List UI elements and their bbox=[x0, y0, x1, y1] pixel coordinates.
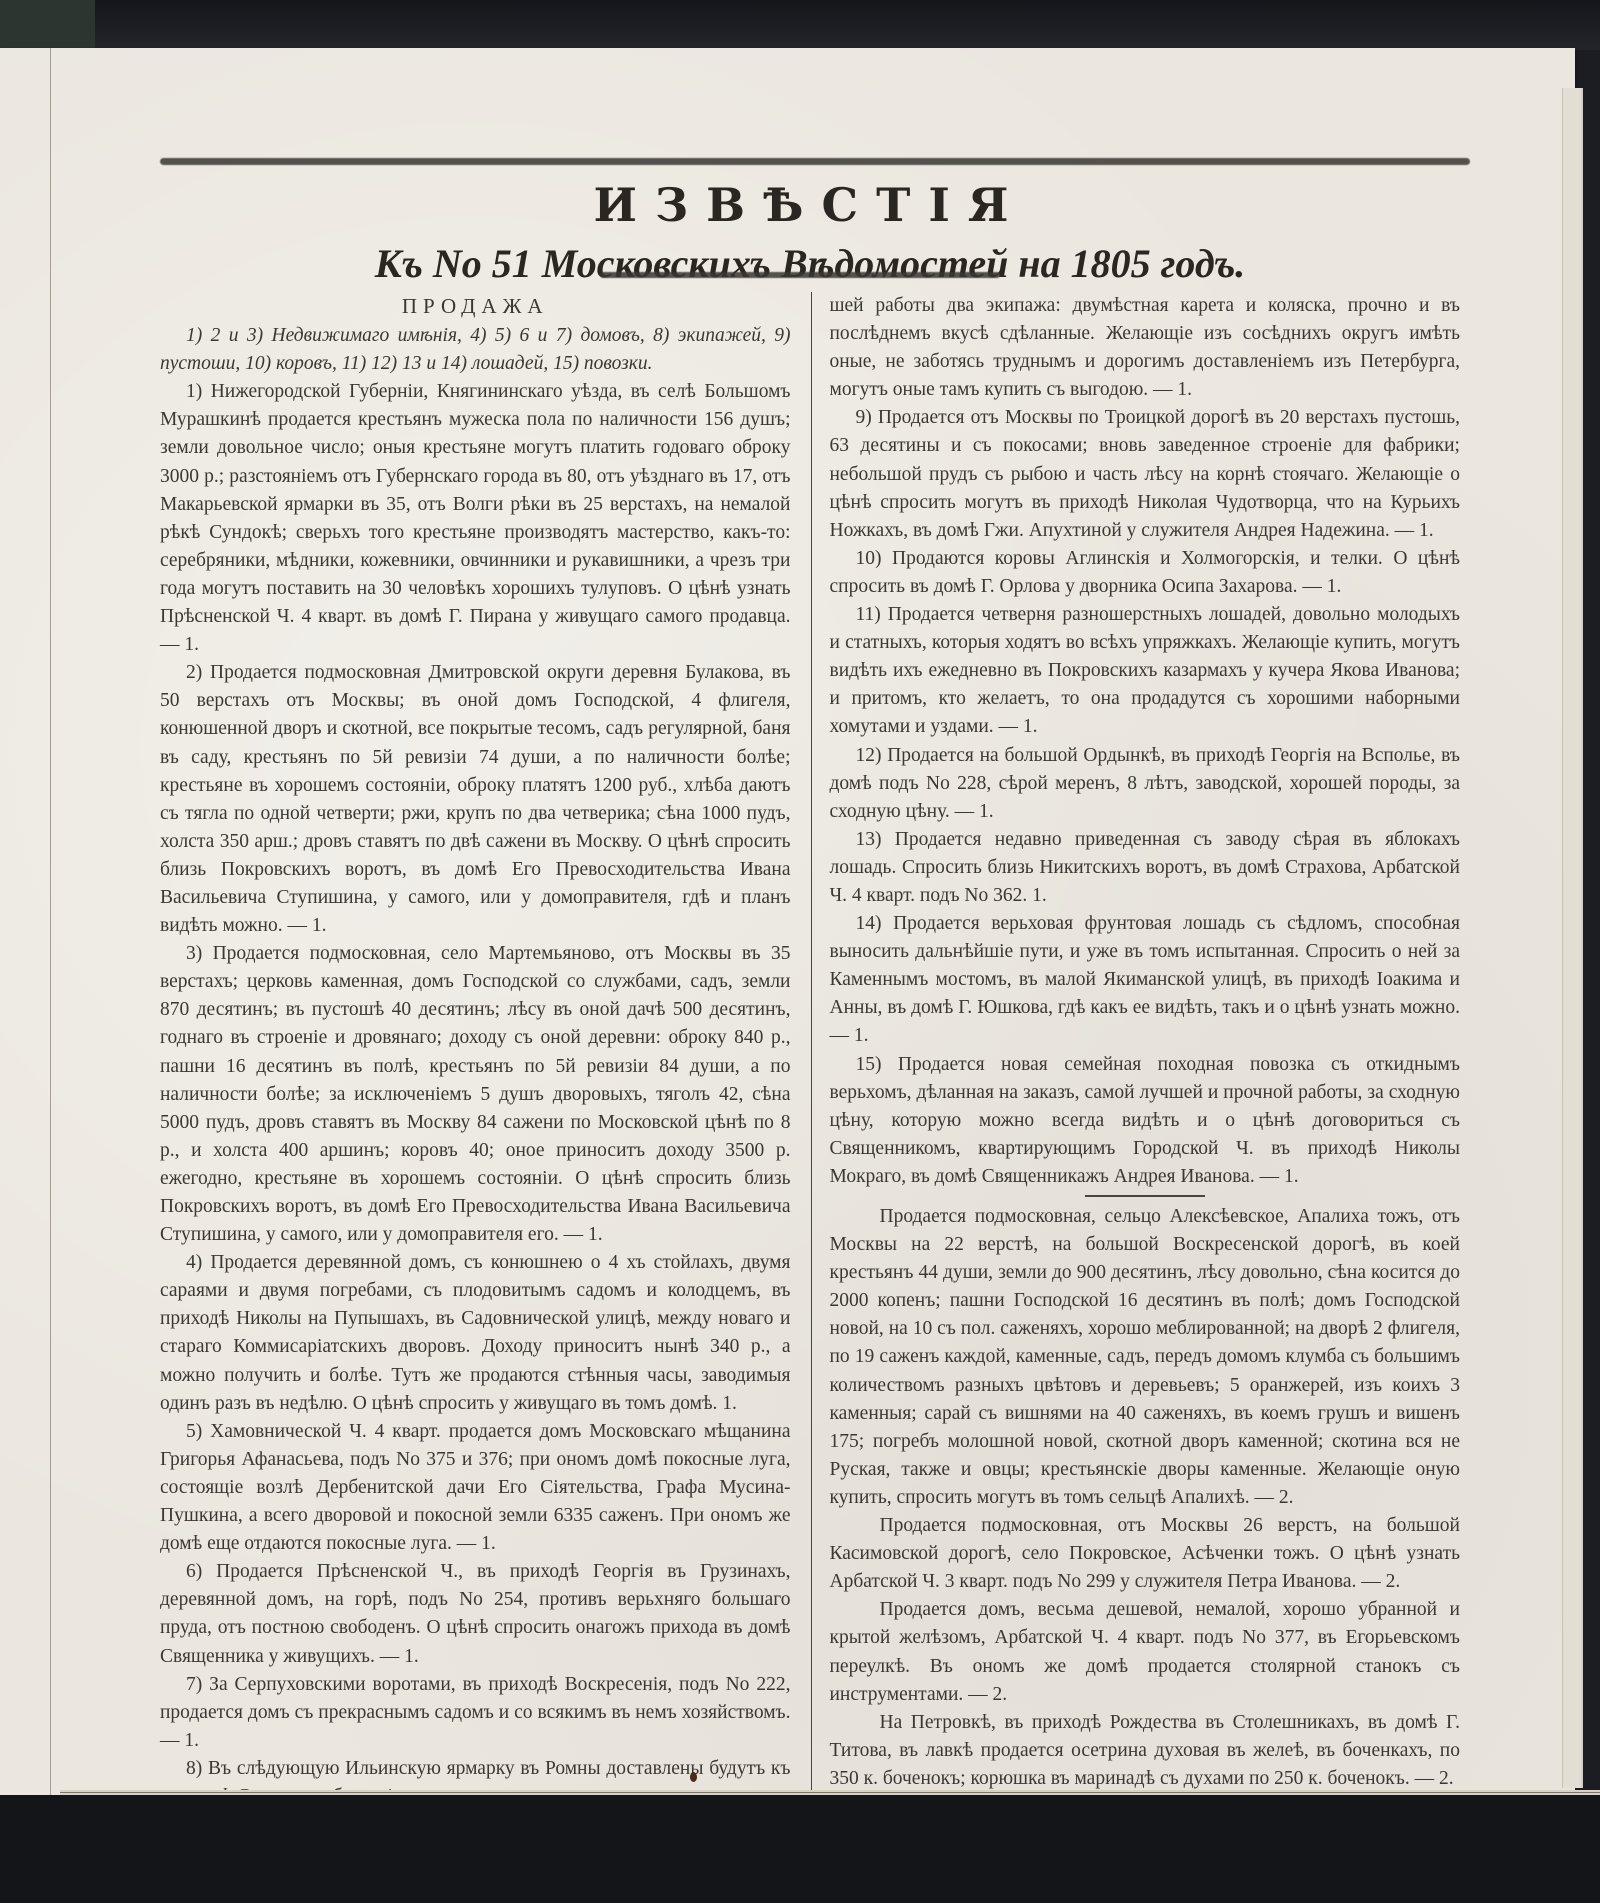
left-column: ПРОДАЖА 1) 2 и 3) Недвижимаго имѣнія, 4)… bbox=[160, 292, 805, 1821]
masthead: ИЗВѢСТІЯ Къ No 51 Московскихъ Вѣдомостей… bbox=[160, 178, 1460, 287]
advert-item: 4) Продается деревянной домъ, съ конюшне… bbox=[160, 1249, 791, 1418]
advert-item: Продается домъ, весьма дешевой, немалой,… bbox=[829, 1596, 1460, 1708]
page-stack-edges bbox=[1562, 88, 1583, 1788]
advert-item: 9) Продается отъ Москвы по Троицкой доро… bbox=[829, 404, 1460, 544]
scan-backdrop-top bbox=[0, 0, 1600, 50]
advert-item: Продается подмосковная, отъ Москвы 26 ве… bbox=[829, 1512, 1460, 1596]
advert-item: На Петровкѣ, въ приходѣ Рождества въ Сто… bbox=[829, 1709, 1460, 1793]
section-separator-rule bbox=[1085, 1195, 1205, 1197]
top-ornamental-rule bbox=[160, 158, 1470, 165]
page-title: ИЗВѢСТІЯ bbox=[160, 178, 1460, 232]
advert-item: 13) Продается недавно приведенная съ зав… bbox=[829, 826, 1460, 910]
advert-item: 11) Продается четверня разношерстныхъ ло… bbox=[829, 601, 1460, 741]
gutter-fold-line bbox=[50, 48, 51, 1796]
column-divider bbox=[811, 292, 812, 1792]
advert-item: 7) За Серпуховскими воротами, въ приходѣ… bbox=[160, 1671, 791, 1755]
ink-spot bbox=[690, 1772, 697, 1782]
advert-item: 6) Продается Прѣсненской Ч., въ приходѣ … bbox=[160, 1558, 791, 1670]
scan-backdrop-bottom bbox=[0, 1795, 1600, 1903]
bottom-ornamental-rule bbox=[600, 272, 1000, 278]
section-heading: ПРОДАЖА bbox=[160, 292, 791, 320]
advert-item: 12) Продается на большой Ордынкѣ, въ при… bbox=[829, 742, 1460, 826]
page-subtitle: Къ No 51 Московскихъ Вѣдомостей на 1805 … bbox=[160, 240, 1460, 287]
body-columns: ПРОДАЖА 1) 2 и 3) Недвижимаго имѣнія, 4)… bbox=[160, 292, 1460, 1821]
advert-item: 2) Продается подмосковная Дмитровской ок… bbox=[160, 659, 791, 940]
right-column: шей работы два экипажа: двумѣстная карет… bbox=[817, 292, 1460, 1821]
advert-item: Продается подмосковная, сельцо Алексѣевс… bbox=[829, 1203, 1460, 1512]
advert-item: 14) Продается верьховая фрунтовая лошадь… bbox=[829, 910, 1460, 1050]
advert-item: 3) Продается подмосковная, село Мартемья… bbox=[160, 940, 791, 1249]
section-index: 1) 2 и 3) Недвижимаго имѣнія, 4) 5) 6 и … bbox=[160, 322, 791, 378]
binding-cloth bbox=[0, 0, 95, 52]
advert-item: 1) Нижегородской Губерніи, Княгининскаго… bbox=[160, 378, 791, 659]
advert-item: 5) Хамовнической Ч. 4 кварт. продается д… bbox=[160, 1418, 791, 1558]
advert-item: шей работы два экипажа: двумѣстная карет… bbox=[829, 292, 1460, 404]
advert-item: 15) Продается новая семейная походная по… bbox=[829, 1051, 1460, 1191]
advert-item: 10) Продаются коровы Аглинскія и Холмого… bbox=[829, 545, 1460, 601]
